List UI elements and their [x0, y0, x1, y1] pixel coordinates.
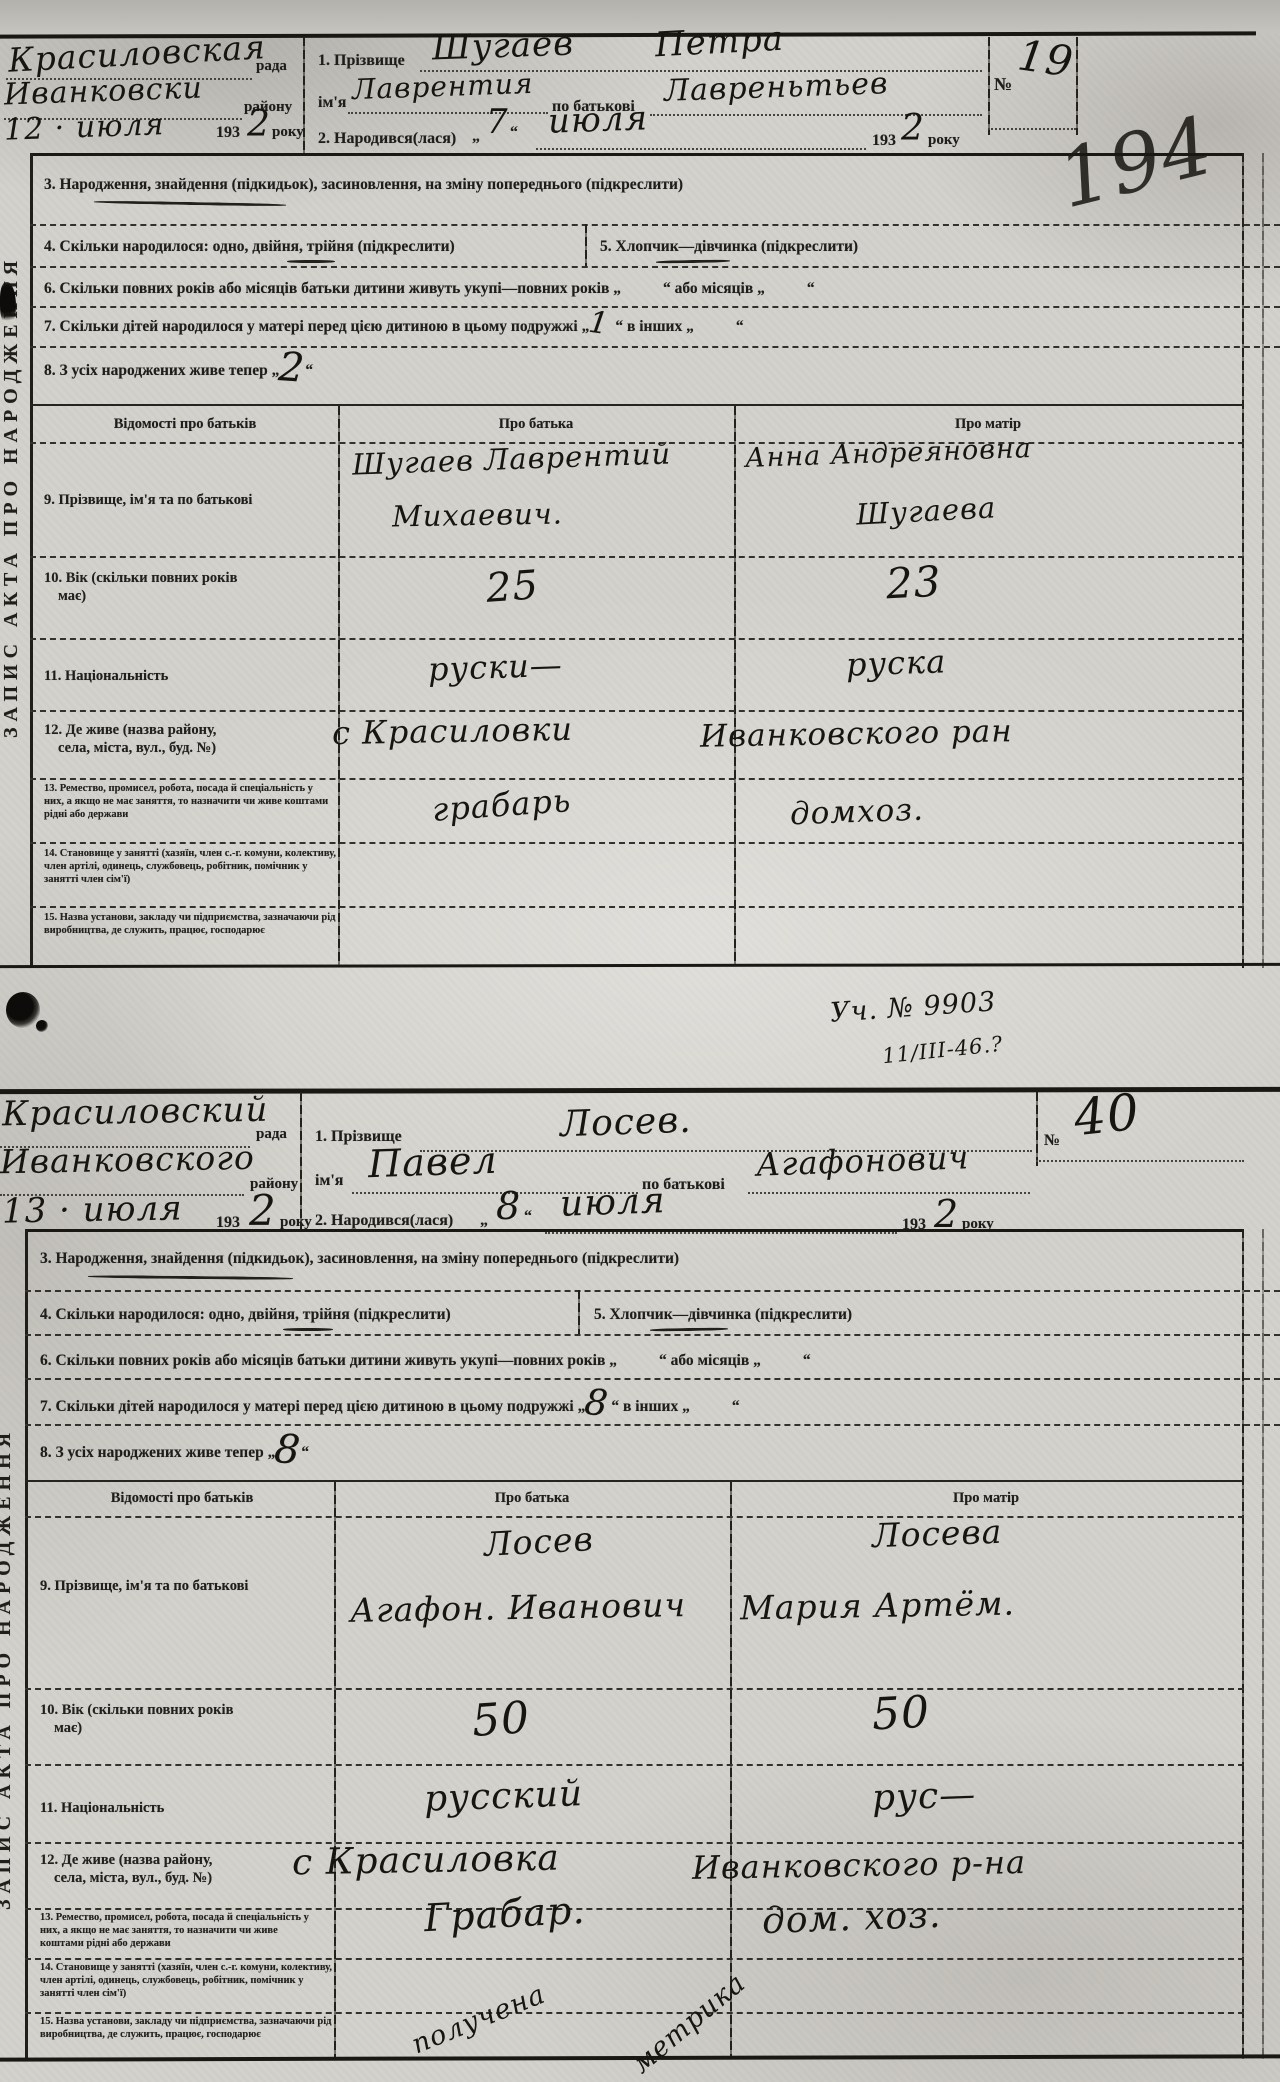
form1-q3-text: 3. Народження, знайдення (підкидьок), за… — [44, 176, 683, 194]
r12-line1: 12. Де живе (назва району, — [40, 1852, 212, 1868]
form2-q4-text: 4. Скільки народилося: одно, двійня, трі… — [40, 1306, 451, 1324]
form1-name-handwriting: Лаврентия — [351, 67, 533, 106]
blank-space: 1 — [589, 318, 615, 336]
form2-mother-occupation-handwriting: дом. хоз. — [761, 1895, 942, 1942]
form2-mother-name2-handwriting: Мария Артём. — [740, 1584, 1016, 1628]
form1-r10-label: 10. Вік (скільки повних роківмає) — [44, 570, 334, 605]
blank-space: 2 — [279, 362, 305, 380]
form1-patronymic-handwriting: Лавреньтьев — [663, 66, 889, 109]
form2-no-box-bottom — [1036, 1160, 1244, 1162]
row-separator — [30, 266, 1280, 268]
row-separator — [30, 710, 1244, 712]
form2-father-name2-handwriting: Агафон. Иванович — [350, 1585, 687, 1630]
q7-part-a: 7. Скільки дітей народилося у матері пер… — [44, 318, 589, 335]
form2-mother-age-handwriting: 50 — [871, 1687, 932, 1741]
form2-reg-date-handwriting: 13 · июля — [2, 1188, 183, 1231]
form1-mother-name1-handwriting: Анна Андреяновна — [745, 433, 1033, 474]
row-separator — [30, 906, 1244, 908]
form1-mother-name2-handwriting: Шугаева — [855, 490, 997, 531]
form1-mother-age-handwriting: 23 — [885, 557, 943, 609]
form1-birth-month-handwriting: июля — [547, 98, 648, 141]
form1-bottom-border — [0, 963, 1280, 968]
dotted-line — [748, 1192, 1030, 1194]
form1-mother-occupation-handwriting: домхоз. — [789, 792, 924, 833]
form1-no-box-left — [988, 37, 990, 135]
form1-surname2-handwriting: Петра — [654, 19, 785, 66]
form1-surname-label: 1. Прізвище — [318, 52, 405, 70]
form2-name-handwriting: Павел — [367, 1138, 498, 1186]
r10-line2: має) — [54, 1720, 82, 1736]
form2-r14-label: 14. Становище у занятті (хазяїн, член с.… — [40, 1962, 332, 2000]
form1-q5-hand-underline — [656, 259, 730, 263]
form2-th-father: Про батька — [334, 1490, 730, 1507]
form1-table-col1-line — [338, 406, 340, 966]
form1-born-label: 2. Народився(лася) — [318, 130, 456, 148]
form2-father-occupation-handwriting: Грабар. — [423, 1888, 586, 1940]
row-separator — [25, 1516, 1244, 1518]
form2-q5-hand-underline — [650, 1327, 728, 1331]
form2-q4-q5-divider — [578, 1290, 580, 1334]
scanned-birth-record-page: ЗАПИС АКТА ПРО НАРОДЖЕННЯ Красиловская р… — [0, 0, 1280, 2082]
row-separator — [25, 1290, 1280, 1292]
form2-father-residence-handwriting: с Красиловка — [292, 1838, 561, 1884]
form1-rows-left-border — [30, 153, 33, 968]
form2-birth-day-handwriting: 8 — [496, 1184, 521, 1228]
form2-patronymic-handwriting: Агафонович — [755, 1138, 969, 1183]
form2-q7-text: 7. Скільки дітей народилося у матері пер… — [40, 1398, 740, 1416]
form1-birth-year-digit-handwriting: 2 — [901, 108, 925, 149]
ink-blot — [6, 992, 40, 1028]
form1-mother-nationality-handwriting: руска — [845, 642, 946, 683]
form2-record-no-handwriting: 40 — [1071, 1083, 1142, 1148]
quote-open: „ — [472, 128, 480, 146]
form1-r13-label: 13. Ремество, промисел, робота, посада й… — [44, 783, 332, 821]
r10-line2: має) — [58, 588, 86, 604]
form1-header-divider — [303, 37, 305, 155]
form1-rada-label: рада — [256, 58, 287, 75]
form1-roku-label: року — [272, 124, 304, 141]
form1-r14-label: 14. Становище у занятті (хазяїн, член с.… — [44, 848, 336, 886]
form1-rows-edge-line — [1262, 153, 1264, 968]
form1-record-no-handwriting: 19 — [1015, 30, 1077, 86]
form2-rows-top-border — [25, 1229, 1244, 1232]
row-separator — [25, 1958, 1244, 1960]
form2-q4-hand-underline — [283, 1328, 333, 1331]
r10-line1: 10. Вік (скільки повних років — [44, 570, 237, 586]
blank-space: 8 — [585, 1398, 611, 1416]
form2-th-mother: Про матір — [730, 1490, 1242, 1507]
row-separator — [30, 638, 1244, 640]
form2-q8-text: 8. З усіх народжених живе тепер „8“ — [40, 1444, 309, 1462]
row-separator — [25, 1688, 1244, 1690]
form2-father-nationality-handwriting: русский — [423, 1773, 583, 1820]
form2-name-label: ім'я — [315, 1172, 343, 1190]
form1-r15-label: 15. Назва установи, закладу чи підприємс… — [44, 912, 336, 938]
row-separator — [25, 1908, 1244, 1910]
form2-q8-value-handwriting: 8 — [275, 1449, 301, 1451]
form1-table-col2-line — [734, 406, 736, 966]
form2-father-name1-handwriting: Лосев — [483, 1519, 595, 1564]
form2-mother-name1-handwriting: Лосева — [871, 1512, 1003, 1556]
form2-mother-nationality-handwriting: рус— — [871, 1774, 976, 1819]
scan-top-edge — [0, 0, 1280, 34]
row-separator — [25, 1378, 1280, 1380]
mid-note-line2-handwriting: 11/ІІІ-46.? — [881, 1032, 1004, 1069]
q6-part-b: “ або місяців „ — [663, 280, 765, 297]
q7-part-a: 7. Скільки дітей народилося у матері пер… — [40, 1398, 585, 1415]
form1-r12-label: 12. Де живе (назва району,села, міста, в… — [44, 722, 334, 757]
form2-r10-label: 10. Вік (скільки повних роківмає) — [40, 1702, 330, 1737]
row-separator — [30, 778, 1244, 780]
q8-part-b: “ — [301, 1444, 309, 1461]
form1-th-father: Про батька — [338, 416, 734, 433]
form1-no-box-bottom — [988, 128, 1076, 130]
quote-close: “ — [524, 1208, 532, 1226]
row-separator — [25, 1842, 1244, 1844]
form1-q8-value-handwriting: 2 — [279, 367, 305, 369]
row-separator — [30, 842, 1244, 844]
form1-year-digit-handwriting: 2 — [247, 104, 271, 145]
form2-th-parents: Відомості про батьків — [30, 1490, 334, 1507]
form1-father-age-handwriting: 25 — [484, 562, 540, 612]
form1-vertical-title: ЗАПИС АКТА ПРО НАРОДЖЕННЯ — [0, 168, 23, 738]
form2-q3-text: 3. Народження, знайдення (підкидьок), за… — [40, 1250, 679, 1268]
form2-r12-label: 12. Де живе (назва району,села, міста, в… — [40, 1852, 330, 1887]
r12-line2: села, міста, вул., буд. №) — [54, 1870, 212, 1886]
r12-line1: 12. Де живе (назва району, — [44, 722, 216, 738]
form2-birth-month-handwriting: июля — [559, 1180, 666, 1225]
row-separator — [30, 224, 1280, 226]
form1-birth-roku-label: року — [928, 132, 960, 149]
form1-q8-text: 8. З усіх народжених живе тепер „2“ — [44, 362, 313, 380]
form2-district-handwriting: Иванковского — [0, 1138, 255, 1181]
q6-part-a: 6. Скільки повних років або місяців бать… — [44, 280, 621, 297]
form1-district-handwriting: Иванковски — [3, 71, 203, 113]
form1-rows-right-border — [1242, 153, 1244, 968]
mid-note-line1-handwriting: Уч. № 9903 — [829, 986, 997, 1029]
q6-part-c: “ — [803, 1352, 811, 1369]
blank-space: 8 — [275, 1444, 301, 1462]
form1-birth-day-handwriting: 7 — [486, 102, 509, 142]
dotted-line — [545, 1232, 897, 1234]
form2-header-divider — [300, 1092, 302, 1230]
form1-th-parents: Відомості про батьків — [35, 416, 335, 433]
q7-part-b: “ в інших „ — [615, 318, 694, 335]
row-separator — [25, 1334, 1280, 1336]
form2-no-label: № — [1044, 1132, 1060, 1150]
form2-no-box-left — [1036, 1092, 1038, 1166]
form1-q6-text: 6. Скільки повних років або місяців бать… — [44, 280, 815, 298]
form2-q5-text: 5. Хлопчик—дівчинка (підкреслити) — [594, 1306, 852, 1324]
form1-q7-text: 7. Скільки дітей народилося у матері пер… — [44, 318, 744, 336]
ink-blot — [0, 282, 16, 326]
form1-q4-text: 4. Скільки народилося: одно, двійня, трі… — [44, 238, 455, 256]
form2-r11-label: 11. Національність — [40, 1800, 164, 1817]
row-separator — [25, 2012, 1244, 2014]
q7-part-c: “ — [732, 1398, 740, 1415]
form1-q7-value-handwriting: 1 — [589, 323, 609, 326]
form1-father-occupation-handwriting: грабарь — [431, 781, 573, 829]
ink-blot — [36, 1020, 48, 1032]
form2-r13-label: 13. Ремество, промисел, робота, посада й… — [40, 1912, 322, 1950]
form1-q3-hand-underline — [94, 200, 286, 206]
form2-year-digit-handwriting: 2 — [249, 1186, 277, 1235]
dotted-line — [650, 114, 982, 116]
form1-r9-label: 9. Прізвище, ім'я та по батькові — [44, 492, 252, 509]
form2-r9-label: 9. Прізвище, ім'я та по батькові — [40, 1578, 248, 1595]
q6-part-b: “ або місяців „ — [659, 1352, 761, 1369]
form2-rows-edge-line — [1262, 1229, 1264, 2059]
form1-birth-year-printed: 193 — [872, 132, 896, 150]
form2-rows-left-border — [25, 1229, 28, 2059]
form2-r15-label: 15. Назва установи, закладу чи підприємс… — [40, 2016, 332, 2042]
r12-line2: села, міста, вул., буд. №) — [58, 740, 216, 756]
dotted-line — [536, 148, 866, 150]
form2-rada-label: рада — [256, 1126, 287, 1143]
form1-r11-label: 11. Національність — [44, 668, 168, 685]
form2-mother-residence-handwriting: Иванковского р-на — [692, 1843, 1027, 1887]
q8-part-a: 8. З усіх народжених живе тепер „ — [40, 1444, 275, 1461]
form1-q4-hand-underline — [287, 260, 335, 263]
form2-surname-handwriting: Лосев. — [559, 1100, 692, 1146]
q7-part-c: “ — [736, 318, 744, 335]
form2-bottom-note2-handwriting: метрика — [626, 1967, 752, 2079]
form2-q6-text: 6. Скільки повних років або місяців бать… — [40, 1352, 811, 1370]
quote-close: “ — [510, 124, 518, 142]
form1-rows-top-border — [30, 153, 1244, 156]
form1-no-label: № — [994, 74, 1012, 95]
form2-q3-hand-underline — [88, 1275, 293, 1280]
form2-table-col1-line — [334, 1482, 336, 2058]
q6-part-c: “ — [807, 280, 815, 297]
form2-born-label: 2. Народився(лася) — [315, 1212, 453, 1230]
form1-father-nationality-handwriting: руски— — [427, 646, 563, 689]
row-separator — [30, 306, 1280, 308]
row-separator — [25, 1764, 1244, 1766]
q8-part-a: 8. З усіх народжених живе тепер „ — [44, 362, 279, 379]
q7-part-b: “ в інших „ — [611, 1398, 690, 1415]
row-separator — [30, 556, 1244, 558]
form2-council-handwriting: Красиловский — [2, 1090, 269, 1135]
form1-name-label: ім'я — [318, 94, 346, 112]
q8-part-b: “ — [305, 362, 313, 379]
form1-reg-date-handwriting: 12 · июля — [3, 107, 165, 148]
r10-line1: 10. Вік (скільки повних років — [40, 1702, 233, 1718]
row-separator-strong — [25, 1480, 1244, 1482]
dotted-line — [348, 112, 548, 114]
q6-part-a: 6. Скільки повних років або місяців бать… — [40, 1352, 617, 1369]
form2-q7-value-handwriting: 8 — [585, 1403, 609, 1405]
form1-surname-handwriting: Шугаев — [431, 24, 574, 69]
form1-th-mother: Про матір — [734, 416, 1242, 433]
form1-year-printed: 193 — [216, 124, 240, 142]
form1-no-box-right — [1076, 37, 1078, 135]
form1-father-name2-handwriting: Михаевич. — [392, 497, 564, 534]
form2-vertical-title: ЗАПИС АКТА ПРО НАРОДЖЕННЯ — [0, 1250, 16, 1910]
form1-mother-residence-handwriting: Иванковского ран — [700, 713, 1013, 754]
quote-open: „ — [480, 1212, 488, 1230]
form1-q4-q5-divider — [585, 224, 587, 266]
form2-bottom-note1-handwriting: получена — [407, 1979, 549, 2061]
form1-father-residence-handwriting: с Красиловки — [332, 710, 574, 752]
form2-rows-right-border — [1242, 1229, 1244, 2059]
row-separator — [25, 1424, 1280, 1426]
form1-q5-text: 5. Хлопчик—дівчинка (підкреслити) — [600, 238, 858, 256]
row-separator-strong — [30, 404, 1244, 406]
form2-father-age-handwriting: 50 — [470, 1692, 531, 1747]
row-separator — [30, 346, 1280, 348]
